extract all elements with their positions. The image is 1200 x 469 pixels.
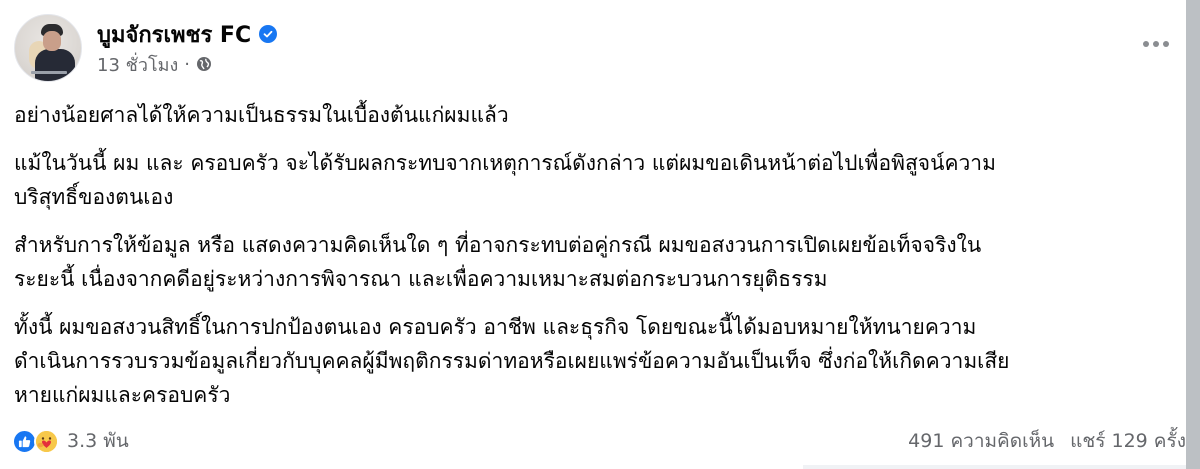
post-stats: 491 ความคิดเห็น แชร์ 129 ครั้ง [908,426,1186,456]
post-timestamp-link[interactable]: 13 ชั่วโมง [97,50,178,79]
author-row: บูมจักรเพชร FC [97,19,277,49]
reaction-count: 3.3 พัน [67,426,129,456]
post-meta: บูมจักรเพชร FC 13 ชั่วโมง · [97,19,277,77]
more-options-icon [1143,41,1149,47]
post-paragraph: สำหรับการให้ข้อมูล หรือ แสดงความคิดเห็นใ… [14,228,1184,296]
post-header: บูมจักรเพชร FC 13 ชั่วโมง · [14,14,277,82]
more-options-button[interactable] [1136,32,1176,56]
facebook-post: บูมจักรเพชร FC 13 ชั่วโมง · อย [0,0,1186,469]
more-options-icon [1153,41,1159,47]
avatar-photo-detail [43,31,61,51]
reactions-summary[interactable]: 3.3 พัน [14,426,129,456]
post-subtitle: 13 ชั่วโมง · [97,51,277,77]
post-paragraph: แม้ในวันนี้ ผม และ ครอบครัว จะได้รับผลกร… [14,146,1184,214]
post-footer: 3.3 พัน 491 ความคิดเห็น แชร์ 129 ครั้ง [14,425,1186,457]
post-paragraph: อย่างน้อยศาลได้ให้ความเป็นธรรมในเบื้องต้… [14,98,1184,132]
verified-badge-icon [259,25,277,43]
avatar-photo-detail [31,71,67,74]
author-name-link[interactable]: บูมจักรเพชร FC [97,17,251,52]
post-paragraph: ทั้งนี้ ผมขอสงวนสิทธิ์ในการปกป้องตนเอง ค… [14,310,1184,412]
shares-count-link[interactable]: แชร์ 129 ครั้ง [1070,426,1186,456]
comments-count-link[interactable]: 491 ความคิดเห็น [908,426,1054,456]
care-icon [34,429,59,454]
action-bar-edge [803,465,1186,469]
globe-icon[interactable] [196,56,212,72]
separator-dot: · [184,54,190,75]
post-body: อย่างน้อยศาลได้ให้ความเป็นธรรมในเบื้องต้… [14,98,1184,426]
vertical-scrollbar[interactable] [1186,0,1200,469]
author-avatar[interactable] [14,14,82,82]
more-options-icon [1163,41,1169,47]
avatar-photo-detail [35,49,75,82]
